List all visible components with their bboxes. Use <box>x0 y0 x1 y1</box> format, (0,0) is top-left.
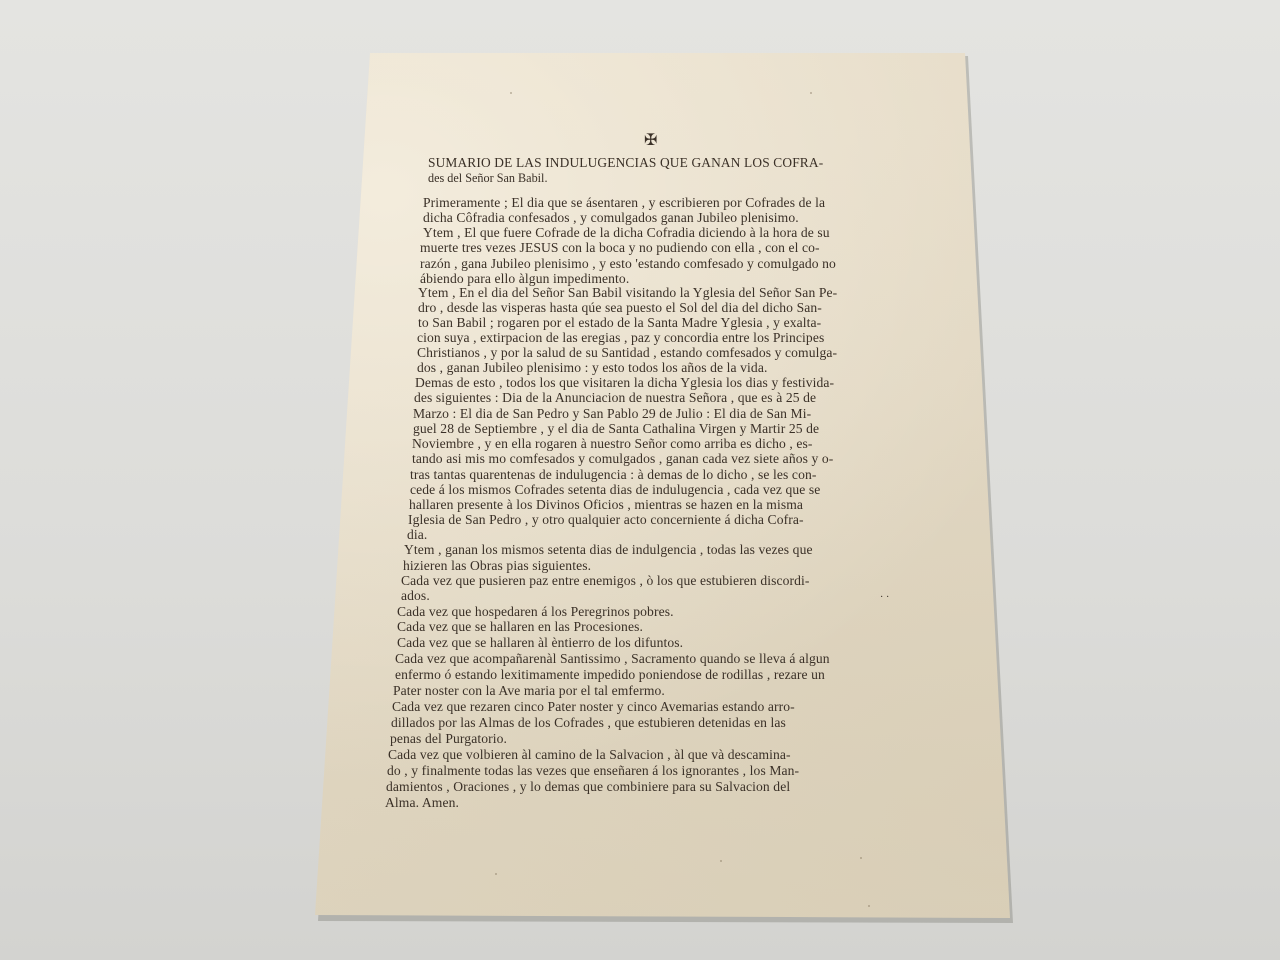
text-line: enfermo ó estando lexitimamente impedido… <box>395 667 825 683</box>
text-line: Cada vez que hospedaren á los Peregrinos… <box>397 604 674 620</box>
text-line: tando asi mis mo comfesados y comulgados… <box>412 451 833 467</box>
paper-speck <box>868 905 870 907</box>
text-line: muerte tres vezes JESUS con la boca y no… <box>420 240 820 256</box>
text-line: Ytem , En el dia del Señor San Babil vis… <box>418 285 837 301</box>
text-line: Cada vez que acompañarenàl Santissimo , … <box>395 651 830 667</box>
text-line: Cada vez que pusieren paz entre enemigos… <box>401 573 810 589</box>
paper-speck <box>495 873 497 875</box>
text-line: to San Babil ; rogaren por el estado de … <box>418 315 821 331</box>
text-line: tras tantas quarentenas de indulugencia … <box>410 467 817 483</box>
text-line: dro , desde las visperas hasta qúe sea p… <box>418 300 822 316</box>
text-line: Alma. Amen. <box>385 795 459 811</box>
text-line: dia. <box>407 527 427 543</box>
text-line: dos , ganan Jubileo plenisimo : y esto t… <box>417 360 767 376</box>
cross-ornament-icon: ✠ <box>644 132 657 150</box>
text-line: Cada vez que rezaren cinco Pater noster … <box>392 699 795 715</box>
text-line: Ytem , ganan los mismos setenta dias de … <box>404 542 813 558</box>
document-title: SUMARIO DE LAS INDULUGENCIAS QUE GANAN L… <box>428 156 898 170</box>
paper-speck <box>720 860 722 862</box>
text-line: des siguientes : Dia de la Anunciacion d… <box>414 390 816 406</box>
text-line: Cada vez que se hallaren àl èntierro de … <box>397 635 683 651</box>
paper-speck <box>860 857 862 859</box>
text-line: ados. <box>401 588 430 604</box>
text-line: damientos , Oraciones , y lo demas que c… <box>386 779 790 795</box>
text-line: hizieren las Obras pias siguientes. <box>403 558 591 574</box>
text-line: Marzo : El dia de San Pedro y San Pablo … <box>413 406 811 422</box>
text-line: Christianos , y por la salud de su Santi… <box>417 345 837 361</box>
document-subtitle: des del Señor San Babil. <box>428 171 548 185</box>
paper-speck <box>810 92 812 94</box>
text-line: dillados por las Almas de los Cofrades ,… <box>391 715 786 731</box>
text-line: cion suya , extirpacion de las eregias ,… <box>417 330 824 346</box>
text-line: Iglesia de San Pedro , y otro qualquier … <box>408 512 804 528</box>
text-line: cede á los mismos Cofrades setenta dias … <box>410 482 820 498</box>
text-line: do , y finalmente todas las vezes que en… <box>387 763 799 779</box>
text-line: dicha Côfradia confesados , y comulgados… <box>423 210 799 226</box>
paper-speck <box>510 92 512 94</box>
text-line: Noviembre , y en ella rogaren à nuestro … <box>412 436 813 452</box>
text-line: Primeramente ; El dia que se ásentaren ,… <box>423 195 825 211</box>
text-line: penas del Purgatorio. <box>390 731 507 747</box>
document-text: ✠ SUMARIO DE LAS INDULUGENCIAS QUE GANAN… <box>0 0 1280 960</box>
text-line: Pater noster con la Ave maria por el tal… <box>393 683 665 699</box>
text-line: Cada vez que volbieren àl camino de la S… <box>388 747 791 763</box>
text-line: Cada vez que se hallaren en las Procesio… <box>397 619 643 635</box>
text-line: Demas de esto , todos los que visitaren … <box>415 375 834 391</box>
text-line: hallaren presente à los Divinos Oficios … <box>409 497 803 513</box>
stray-mark: · · <box>880 590 889 606</box>
text-line: razón , gana Jubileo plenisimo , y esto … <box>420 256 836 272</box>
text-line: guel 28 de Septiembre , y el dia de Sant… <box>413 421 819 437</box>
text-line: Ytem , El que fuere Cofrade de la dicha … <box>423 225 830 241</box>
